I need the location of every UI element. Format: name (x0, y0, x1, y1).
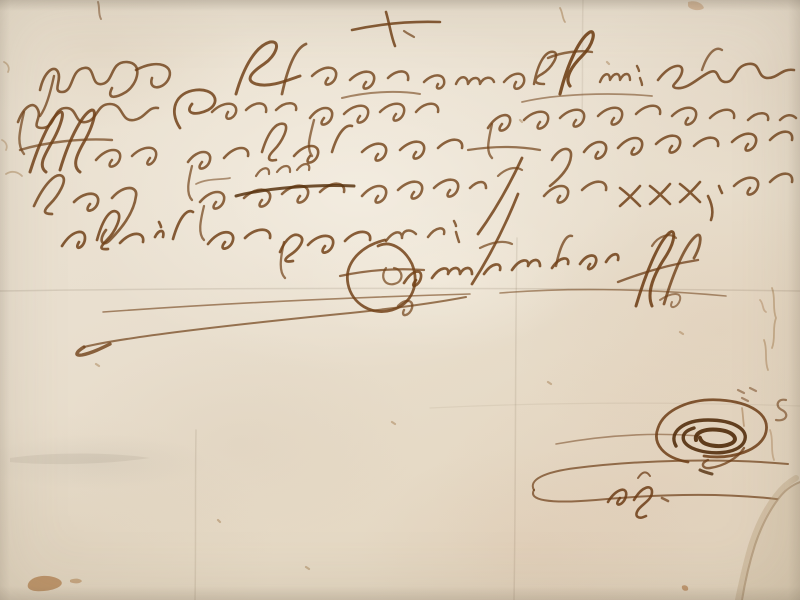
manuscript-photo (0, 0, 800, 600)
stray-marks (2, 2, 683, 569)
bottom-right-scribble (533, 400, 788, 518)
signature-rubric (77, 232, 726, 355)
stains (10, 1, 704, 591)
ink-layer (0, 0, 800, 600)
text-line-1 (40, 32, 794, 116)
invocation-cross (352, 12, 440, 46)
text-line-3 (20, 110, 792, 200)
